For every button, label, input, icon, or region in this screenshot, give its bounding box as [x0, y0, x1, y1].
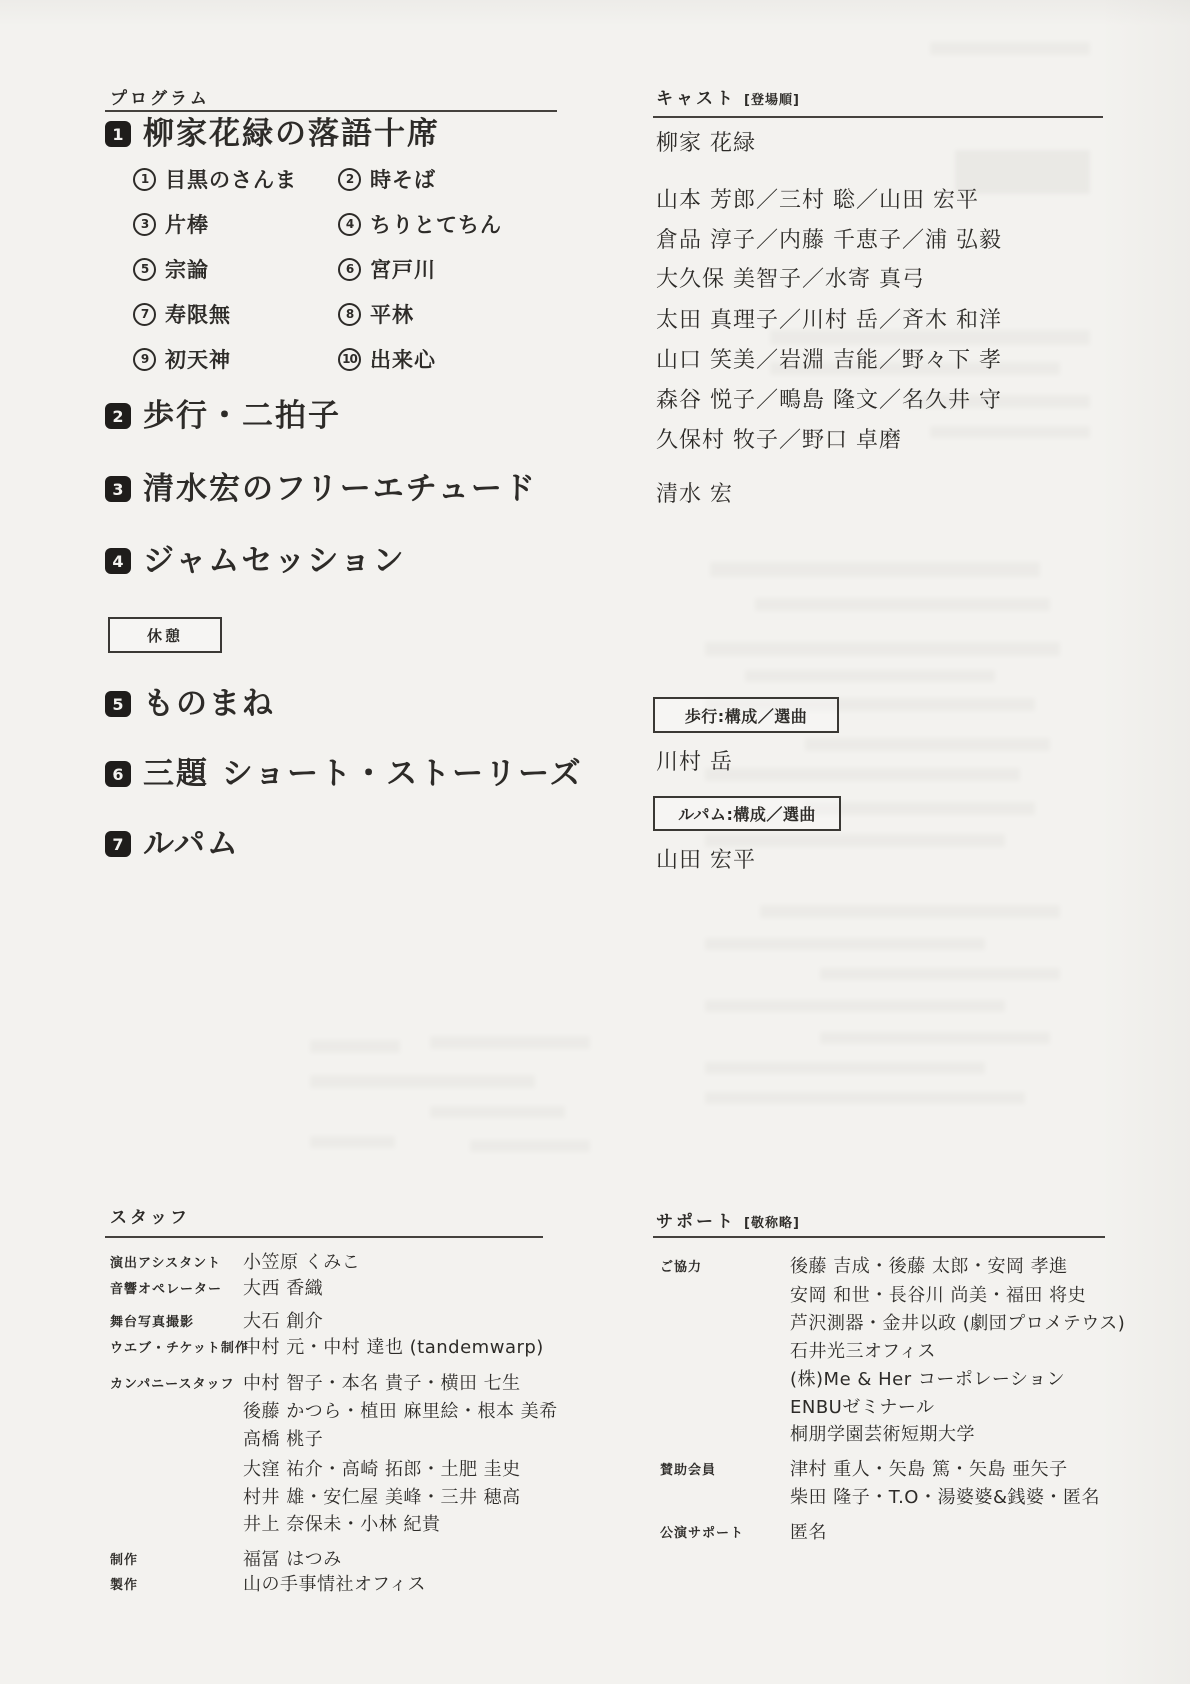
staff-name: 井上 奈保未・小林 紀貴	[243, 1510, 440, 1536]
credit-box-label: ルパム:構成／選曲	[678, 802, 816, 825]
intermission-box: 休憩	[108, 617, 222, 653]
staff-name: 大石 創介	[243, 1307, 323, 1333]
program-section-6: 6 三題 ショート・ストーリーズ	[105, 756, 583, 792]
rakugo-piece-list: 1 目黒のさんま 2 時そば 3 片棒 4 ちりとてちん 5 宗論 6 宮戸川 …	[133, 164, 502, 374]
cast-row: 森谷 悦子／鴫島 隆文／名久井 守	[656, 383, 1002, 414]
support-header-rule	[653, 1236, 1105, 1238]
section-number-badge: 4	[105, 548, 131, 574]
program-section-7: 7 ルパム	[105, 826, 240, 862]
cast-row: 久保村 牧子／野口 卓磨	[656, 423, 902, 454]
cast-row: 太田 真理子／川村 岳／斉木 和洋	[656, 303, 1002, 334]
credit-box-hokou: 歩行:構成／選曲	[653, 697, 839, 733]
staff-row: 製作 山の手事情社オフィス	[110, 1570, 426, 1596]
credit-box-label: 歩行:構成／選曲	[685, 704, 807, 727]
support-role: ご協力	[660, 1252, 790, 1275]
support-name: ENBUゼミナール	[790, 1393, 935, 1419]
rakugo-item: 9 初天神	[133, 344, 338, 374]
bleed-through	[760, 905, 1060, 918]
bleed-through	[470, 1140, 590, 1152]
section-title: ジャムセッション	[143, 543, 406, 579]
circled-number: 6	[338, 258, 361, 281]
support-name: 匿名	[790, 1518, 827, 1544]
cast-row: 山口 笑美／岩淵 吉能／野々下 孝	[656, 343, 1002, 374]
circled-number: 9	[133, 348, 156, 371]
staff-role: カンパニースタッフ	[110, 1369, 243, 1392]
rakugo-title: 時そば	[370, 164, 436, 194]
support-row: 安岡 和世・長谷川 尚美・福田 将史	[660, 1281, 1086, 1307]
support-name: 芦沢測器・金井以政 (劇団プロメテウス)	[790, 1309, 1125, 1335]
section-title: 三題 ショート・ストーリーズ	[143, 756, 583, 792]
staff-row: 大窪 祐介・高崎 拓郎・土肥 圭史	[110, 1455, 521, 1481]
support-name: 津村 重人・矢島 篤・矢島 亜矢子	[790, 1455, 1068, 1481]
rakugo-title: 目黒のさんま	[165, 164, 297, 194]
support-header-row: サポート[敬称略]	[656, 1207, 800, 1232]
staff-row: 高橋 桃子	[110, 1425, 323, 1451]
cast-header-note: [登場順]	[744, 93, 800, 108]
support-row: 芦沢測器・金井以政 (劇団プロメテウス)	[660, 1309, 1125, 1335]
staff-name: 村井 雄・安仁屋 美峰・三井 穂高	[243, 1483, 521, 1509]
staff-row: 演出アシスタント 小笠原 くみこ	[110, 1248, 360, 1274]
support-row: 柴田 隆子・T.O・湯婆婆&銭婆・匿名	[660, 1483, 1100, 1509]
staff-name: 大西 香織	[243, 1274, 323, 1300]
section-title: 歩行・二拍子	[143, 398, 341, 434]
rakugo-item: 7 寿限無	[133, 299, 338, 329]
support-row: 賛助会員 津村 重人・矢島 篤・矢島 亜矢子	[660, 1455, 1068, 1481]
rakugo-item: 2 時そば	[338, 164, 502, 194]
staff-row: ウエブ・チケット制作 中村 元・中村 達也 (tandemwarp)	[110, 1333, 544, 1359]
support-name: 桐朋学園芸術短期大学	[790, 1420, 975, 1446]
cast-header: キャスト	[656, 89, 736, 109]
staff-name: 後藤 かつら・植田 麻里絵・根本 美希	[243, 1397, 558, 1423]
support-row: 石井光三オフィス	[660, 1337, 936, 1363]
circled-number: 8	[338, 303, 361, 326]
staff-role: 制作	[110, 1545, 243, 1568]
bleed-through	[710, 562, 1040, 577]
program-header-rule	[105, 110, 557, 112]
section-number-badge: 5	[105, 691, 131, 717]
cast-row: 大久保 美智子／水寄 真弓	[656, 262, 925, 293]
staff-header: スタッフ	[110, 1203, 190, 1228]
bleed-through	[755, 598, 1050, 611]
support-role: 公演サポート	[660, 1518, 790, 1541]
rakugo-title: 宗論	[165, 254, 209, 284]
rakugo-title: 平林	[370, 299, 414, 329]
intermission-label: 休憩	[147, 625, 183, 646]
rakugo-title: 初天神	[165, 344, 231, 374]
support-name: 安岡 和世・長谷川 尚美・福田 将史	[790, 1281, 1086, 1307]
section-title: ルパム	[143, 826, 240, 862]
support-name: 後藤 吉成・後藤 太郎・安岡 孝進	[790, 1252, 1068, 1278]
staff-row: カンパニースタッフ 中村 智子・本名 貴子・横田 七生	[110, 1369, 521, 1395]
rakugo-title: ちりとてちん	[370, 209, 502, 239]
support-row: ENBUゼミナール	[660, 1393, 935, 1419]
support-role: 賛助会員	[660, 1455, 790, 1478]
staff-role: 舞台写真撮影	[110, 1307, 243, 1330]
support-header: サポート	[656, 1212, 736, 1232]
bleed-through	[820, 1032, 1050, 1044]
credit-name: 川村 岳	[656, 745, 733, 776]
support-name: (株)Me & Her コーポレーション	[790, 1365, 1065, 1391]
cast-lead: 柳家 花緑	[656, 126, 756, 157]
bleed-through	[705, 938, 985, 950]
rakugo-item: 6 宮戸川	[338, 254, 502, 284]
support-row: 桐朋学園芸術短期大学	[660, 1420, 975, 1446]
section-title: 清水宏のフリーエチュード	[143, 471, 537, 507]
bleed-through	[820, 968, 1060, 980]
bleed-through	[930, 426, 1090, 438]
staff-row: 井上 奈保未・小林 紀貴	[110, 1510, 440, 1536]
rakugo-title: 片棒	[165, 209, 209, 239]
staff-role: 音響オペレーター	[110, 1274, 243, 1297]
support-row: ご協力 後藤 吉成・後藤 太郎・安岡 孝進	[660, 1252, 1068, 1278]
support-name: 柴田 隆子・T.O・湯婆婆&銭婆・匿名	[790, 1483, 1100, 1509]
staff-name: 大窪 祐介・高崎 拓郎・土肥 圭史	[243, 1455, 521, 1481]
staff-row: 音響オペレーター 大西 香織	[110, 1274, 323, 1300]
bleed-through	[745, 670, 995, 682]
staff-row: 後藤 かつら・植田 麻里絵・根本 美希	[110, 1397, 558, 1423]
circled-number: 2	[338, 168, 361, 191]
rakugo-item: 5 宗論	[133, 254, 338, 284]
support-name: 石井光三オフィス	[790, 1337, 936, 1363]
rakugo-title: 寿限無	[165, 299, 231, 329]
cast-closing: 清水 宏	[656, 477, 733, 508]
bleed-through	[310, 1136, 395, 1148]
circled-number: 10	[338, 348, 361, 371]
staff-role: 製作	[110, 1570, 243, 1593]
staff-row: 制作 福冨 はつみ	[110, 1545, 342, 1571]
staff-name: 福冨 はつみ	[243, 1545, 342, 1571]
section-number-badge: 2	[105, 403, 131, 429]
staff-name: 高橋 桃子	[243, 1425, 323, 1451]
staff-name: 小笠原 くみこ	[243, 1248, 360, 1274]
rakugo-item: 3 片棒	[133, 209, 338, 239]
program-section-1: 1 柳家花緑の落語十席	[105, 116, 440, 152]
staff-name: 中村 智子・本名 貴子・横田 七生	[243, 1369, 521, 1395]
cast-header-row: キャスト[登場順]	[656, 84, 800, 109]
bleed-through	[705, 1000, 1005, 1012]
section-number-badge: 3	[105, 476, 131, 502]
cast-header-rule	[653, 116, 1103, 118]
staff-row: 村井 雄・安仁屋 美峰・三井 穂高	[110, 1483, 521, 1509]
support-row: 公演サポート 匿名	[660, 1518, 827, 1544]
rakugo-item: 10 出来心	[338, 344, 502, 374]
bleed-through	[705, 642, 1060, 656]
bleed-through	[705, 768, 1020, 781]
bleed-through	[310, 1040, 400, 1053]
credit-box-rupamu: ルパム:構成／選曲	[653, 796, 841, 831]
section-title: ものまね	[143, 686, 275, 722]
scanned-program-page: プログラム 1 柳家花緑の落語十席 1 目黒のさんま 2 時そば 3 片棒 4 …	[0, 0, 1190, 1684]
staff-role: ウエブ・チケット制作	[110, 1333, 243, 1356]
circled-number: 7	[133, 303, 156, 326]
circled-number: 5	[133, 258, 156, 281]
staff-header-rule	[105, 1236, 543, 1238]
bleed-through	[805, 738, 1050, 751]
bleed-through	[930, 42, 1090, 55]
program-header: プログラム	[110, 84, 210, 109]
staff-row: 舞台写真撮影 大石 創介	[110, 1307, 323, 1333]
circled-number: 3	[133, 213, 156, 236]
cast-row: 山本 芳郎／三村 聡／山田 宏平	[656, 183, 979, 214]
program-section-4: 4 ジャムセッション	[105, 543, 406, 579]
program-section-3: 3 清水宏のフリーエチュード	[105, 471, 537, 507]
support-row: (株)Me & Her コーポレーション	[660, 1365, 1065, 1391]
staff-name: 中村 元・中村 達也 (tandemwarp)	[243, 1333, 544, 1359]
support-header-note: [敬称略]	[744, 1216, 800, 1231]
bleed-through	[430, 1106, 565, 1118]
rakugo-title: 出来心	[370, 344, 436, 374]
circled-number: 4	[338, 213, 361, 236]
rakugo-item: 4 ちりとてちん	[338, 209, 502, 239]
bleed-through	[430, 1036, 590, 1049]
credit-name: 山田 宏平	[656, 843, 756, 874]
rakugo-item: 8 平林	[338, 299, 502, 329]
program-section-5: 5 ものまね	[105, 686, 275, 722]
cast-row: 倉品 淳子／内藤 千恵子／浦 弘毅	[656, 223, 1002, 254]
section-number-badge: 6	[105, 761, 131, 787]
rakugo-item: 1 目黒のさんま	[133, 164, 338, 194]
staff-name: 山の手事情社オフィス	[243, 1570, 426, 1596]
bleed-through	[705, 1092, 1025, 1104]
staff-role: 演出アシスタント	[110, 1248, 243, 1271]
bleed-through	[705, 1062, 985, 1074]
program-section-2: 2 歩行・二拍子	[105, 398, 341, 434]
rakugo-title: 宮戸川	[370, 254, 436, 284]
bleed-through	[310, 1075, 535, 1088]
circled-number: 1	[133, 168, 156, 191]
section-title: 柳家花緑の落語十席	[143, 116, 440, 152]
section-number-badge: 1	[105, 121, 131, 147]
section-number-badge: 7	[105, 831, 131, 857]
